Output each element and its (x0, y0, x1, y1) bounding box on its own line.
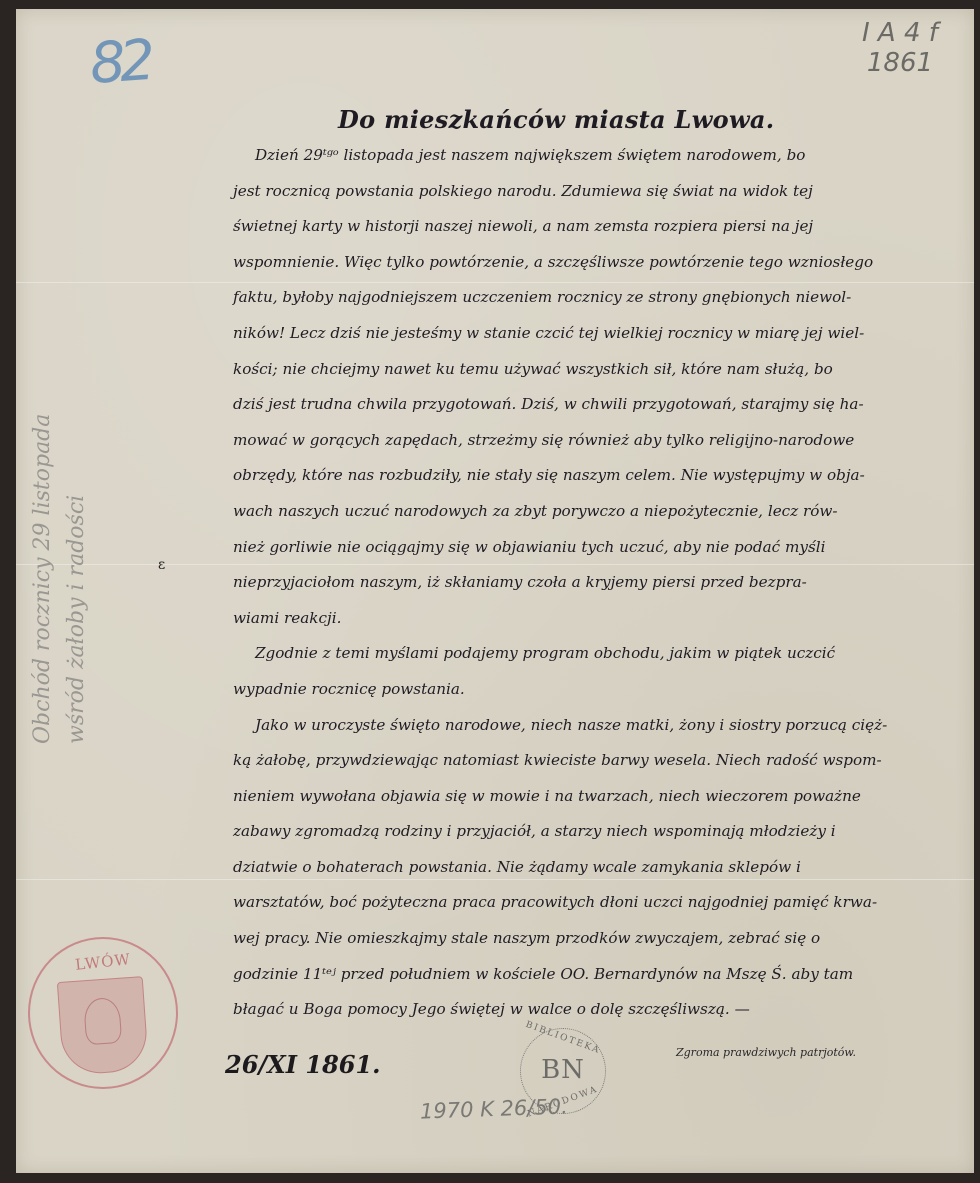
text-line: obrzędy, które nas rozbudziły, nie stały… (233, 458, 938, 494)
document-title: Do mieszkańców miasta Lwowa. (338, 105, 774, 134)
text-line: ką żałobę, przywdziewając natomiast kwie… (233, 743, 938, 779)
pencil-annotation-line: Obchód rocznicy 29 listopada (26, 264, 60, 744)
catalog-number: 1970 K 26/50. (420, 1094, 569, 1123)
text-line: wypadnie rocznicę powstania. (233, 672, 938, 708)
shelfmark: I A 4 f 1861 (862, 18, 938, 78)
coat-of-arms-icon (57, 976, 149, 1076)
text-line: wej pracy. Nie omieszkajmy stale naszym … (233, 921, 938, 957)
text-line: faktu, byłoby najgodniejszem uczczeniem … (233, 280, 938, 316)
signature: Zgroma prawdziwych patrjotów. (676, 1046, 856, 1059)
text-line: Jako w uroczyste święto narodowe, niech … (233, 708, 938, 744)
text-line: warsztatów, boć pożyteczna praca pracowi… (233, 885, 938, 921)
text-line: nieprzyjaciołom naszym, iż skłaniamy czo… (233, 565, 938, 601)
text-line: Dzień 29ᵗᵍᵒ listopada jest naszem najwię… (233, 138, 938, 174)
text-line: godzinie 11ᵗᵉʲ przed południem w kościel… (233, 957, 938, 993)
folio-number: 82 (88, 28, 152, 97)
shelfmark-code: I A 4 f (862, 18, 938, 48)
text-line: dziś jest trudna chwila przygotowań. Dzi… (233, 387, 938, 423)
text-line: kości; nie chciejmy nawet ku temu używać… (233, 352, 938, 388)
text-line: mować w gorących zapędach, strzeżmy się … (233, 423, 938, 459)
pencil-annotation-line: wśród żałoby i radości (60, 264, 94, 744)
text-line: wiami reakcji. (233, 601, 938, 637)
document-body: Dzień 29ᵗᵍᵒ listopada jest naszem najwię… (233, 138, 938, 1028)
text-line: wspomnienie. Więc tylko powtórzenie, a s… (233, 245, 938, 281)
shelfmark-year: 1861 (862, 48, 938, 78)
text-line: jest rocznicą powstania polskiego narodu… (233, 174, 938, 210)
document-date: 26/XI 1861. (225, 1050, 381, 1079)
pencil-annotation: Obchód rocznicy 29 listopada wśród żałob… (26, 264, 94, 744)
text-line: błagać u Boga pomocy Jego świętej w walc… (233, 992, 938, 1028)
text-line: zabawy zgromadzą rodziny i przyjaciół, a… (233, 814, 938, 850)
text-line: dziatwie o bohaterach powstania. Nie żąd… (233, 850, 938, 886)
text-line: ników! Lecz dziś nie jesteśmy w stanie c… (233, 316, 938, 352)
text-line: świetnej karty w historji naszej niewoli… (233, 209, 938, 245)
lwow-stamp: LWÓW (28, 937, 178, 1089)
stamp-letters: BN (521, 1055, 605, 1085)
text-line: nieniem wywołana objawia się w mowie i n… (233, 779, 938, 815)
text-line: Zgodnie z temi myślami podajemy program … (233, 636, 938, 672)
ink-mark-icon: ɛ (158, 557, 165, 573)
text-line: wach naszych uczuć narodowych za zbyt po… (233, 494, 938, 530)
text-line: nież gorliwie nie ociągajmy się w objawi… (233, 530, 938, 566)
